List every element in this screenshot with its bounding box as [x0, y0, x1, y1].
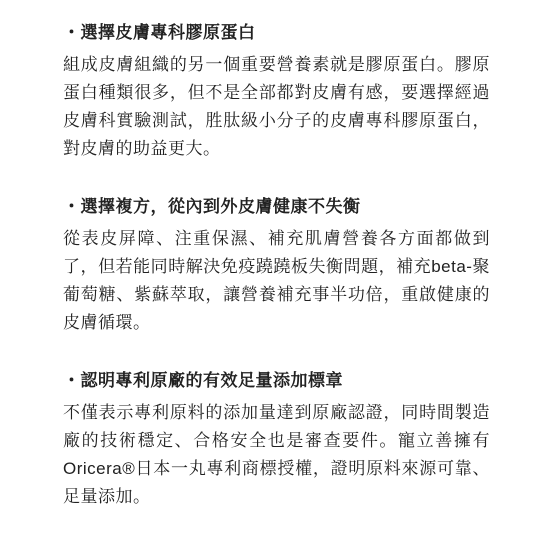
section-paragraph: 從表皮屏障、注重保濕、補充肌膚營養各方面都做到了，但若能同時解決免疫蹺蹺板失衡問…: [63, 225, 490, 337]
section-paragraph: 組成皮膚組織的另一個重要營養素就是膠原蛋白。膠原蛋白種類很多，但不是全部都對皮膚…: [63, 51, 490, 163]
section-patent-mark: ・ 認明專利原廠的有效足量添加標章 不僅表示專利原料的添加量達到原廠認證，同時間…: [63, 367, 490, 511]
bullet-icon: ・: [63, 367, 81, 395]
bullet-icon: ・: [63, 19, 81, 47]
section-heading-label: 認明專利原廠的有效足量添加標章: [81, 367, 344, 395]
section-heading-label: 選擇複方，從內到外皮膚健康不失衡: [81, 193, 361, 221]
section-collagen: ・ 選擇皮膚專科膠原蛋白 組成皮膚組織的另一個重要營養素就是膠原蛋白。膠原蛋白種…: [63, 19, 490, 163]
section-heading: ・ 選擇皮膚專科膠原蛋白: [63, 19, 490, 47]
section-compound-formula: ・ 選擇複方，從內到外皮膚健康不失衡 從表皮屏障、注重保濕、補充肌膚營養各方面都…: [63, 193, 490, 337]
section-paragraph: 不僅表示專利原料的添加量達到原廠認證，同時間製造廠的技術穩定、合格安全也是審查要…: [63, 399, 490, 511]
section-heading: ・ 認明專利原廠的有效足量添加標章: [63, 367, 490, 395]
article-text-block: ・ 選擇皮膚專科膠原蛋白 組成皮膚組織的另一個重要營養素就是膠原蛋白。膠原蛋白種…: [0, 0, 552, 511]
section-heading-label: 選擇皮膚專科膠原蛋白: [81, 19, 256, 47]
bullet-icon: ・: [63, 193, 81, 221]
section-heading: ・ 選擇複方，從內到外皮膚健康不失衡: [63, 193, 490, 221]
